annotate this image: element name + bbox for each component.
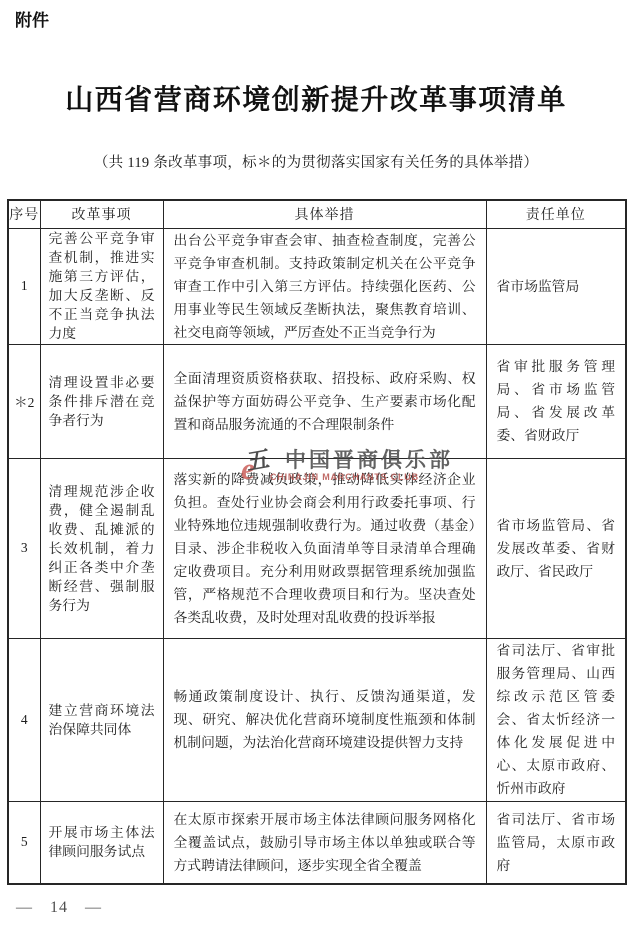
- header-cell-item: 改革事项: [40, 200, 163, 228]
- cell-item: 清理设置非必要条件排斥潜在竞争者行为: [40, 344, 163, 458]
- cell-measures: 出台公平竞争审查会审、抽查检查制度，完善公平竞争审查机制。支持政策制定机关在公平…: [163, 228, 486, 344]
- header-cell-unit: 责任单位: [486, 200, 626, 228]
- table-header-row: 序号 改革事项 具体举措 责任单位: [8, 200, 626, 228]
- cell-unit: 省司法厅、省审批服务管理局、山西综改示范区管委会、省太忻经济一体化发展促进中心、…: [486, 638, 626, 801]
- cell-unit: 省市场监管局: [486, 228, 626, 344]
- table-row: 4 建立营商环境法治保障共同体 畅通政策制度设计、执行、反馈沟通渠道，发现、研究…: [8, 638, 626, 801]
- cell-no: ＊2: [8, 344, 40, 458]
- table-row: 5 开展市场主体法律顾问服务试点 在太原市探索开展市场主体法律顾问服务网格化全覆…: [8, 801, 626, 884]
- header-cell-measures: 具体举措: [163, 200, 486, 228]
- cell-item: 建立营商环境法治保障共同体: [40, 638, 163, 801]
- table-row: ＊2 清理设置非必要条件排斥潜在竞争者行为 全面清理资质资格获取、招投标、政府采…: [8, 344, 626, 458]
- table-row: 1 完善公平竞争审查机制，推进实施第三方评估，加大反垄断、反不正当竞争执法力度 …: [8, 228, 626, 344]
- reform-table: 序号 改革事项 具体举措 责任单位 1 完善公平竞争审查机制，推进实施第三方评估…: [7, 199, 627, 885]
- cell-no: 1: [8, 228, 40, 344]
- cell-item: 清理规范涉企收费，健全遏制乱收费、乱摊派的长效机制，着力纠正各类中介垄断经营、强…: [40, 458, 163, 638]
- cell-no: 5: [8, 801, 40, 884]
- cell-unit: 省审批服务管理局、省市场监管局、省发展改革委、省财政厅: [486, 344, 626, 458]
- cell-unit: 省司法厅、省市场监管局，太原市政府: [486, 801, 626, 884]
- table-row: 3 清理规范涉企收费，健全遏制乱收费、乱摊派的长效机制，着力纠正各类中介垄断经营…: [8, 458, 626, 638]
- cell-measures: 全面清理资质资格获取、招投标、政府采购、权益保护等方面妨碍公平竞争、生产要素市场…: [163, 344, 486, 458]
- cell-item: 开展市场主体法律顾问服务试点: [40, 801, 163, 884]
- cell-no: 3: [8, 458, 40, 638]
- cell-measures: 落实新的降费减负政策，推动降低实体经济企业负担。查处行业协会商会利用行政委托事项…: [163, 458, 486, 638]
- page-subtitle: （共 119 条改革事项，标＊的为贯彻落实国家有关任务的具体举措）: [0, 151, 632, 172]
- attachment-label: 附件: [15, 6, 49, 31]
- page-number: — 14 —: [16, 899, 102, 917]
- cell-item: 完善公平竞争审查机制，推进实施第三方评估，加大反垄断、反不正当竞争执法力度: [40, 228, 163, 344]
- page-title: 山西省营商环境创新提升改革事项清单: [0, 78, 632, 118]
- document-page: 附件 山西省营商环境创新提升改革事项清单 （共 119 条改革事项，标＊的为贯彻…: [0, 0, 632, 938]
- cell-unit: 省市场监管局、省发展改革委、省财政厅、省民政厅: [486, 458, 626, 638]
- cell-measures: 畅通政策制度设计、执行、反馈沟通渠道，发现、研究、解决优化营商环境制度性瓶颈和体…: [163, 638, 486, 801]
- header-cell-no: 序号: [8, 200, 40, 228]
- cell-no: 4: [8, 638, 40, 801]
- cell-measures: 在太原市探索开展市场主体法律顾问服务网格化全覆盖试点，鼓励引导市场主体以单独或联…: [163, 801, 486, 884]
